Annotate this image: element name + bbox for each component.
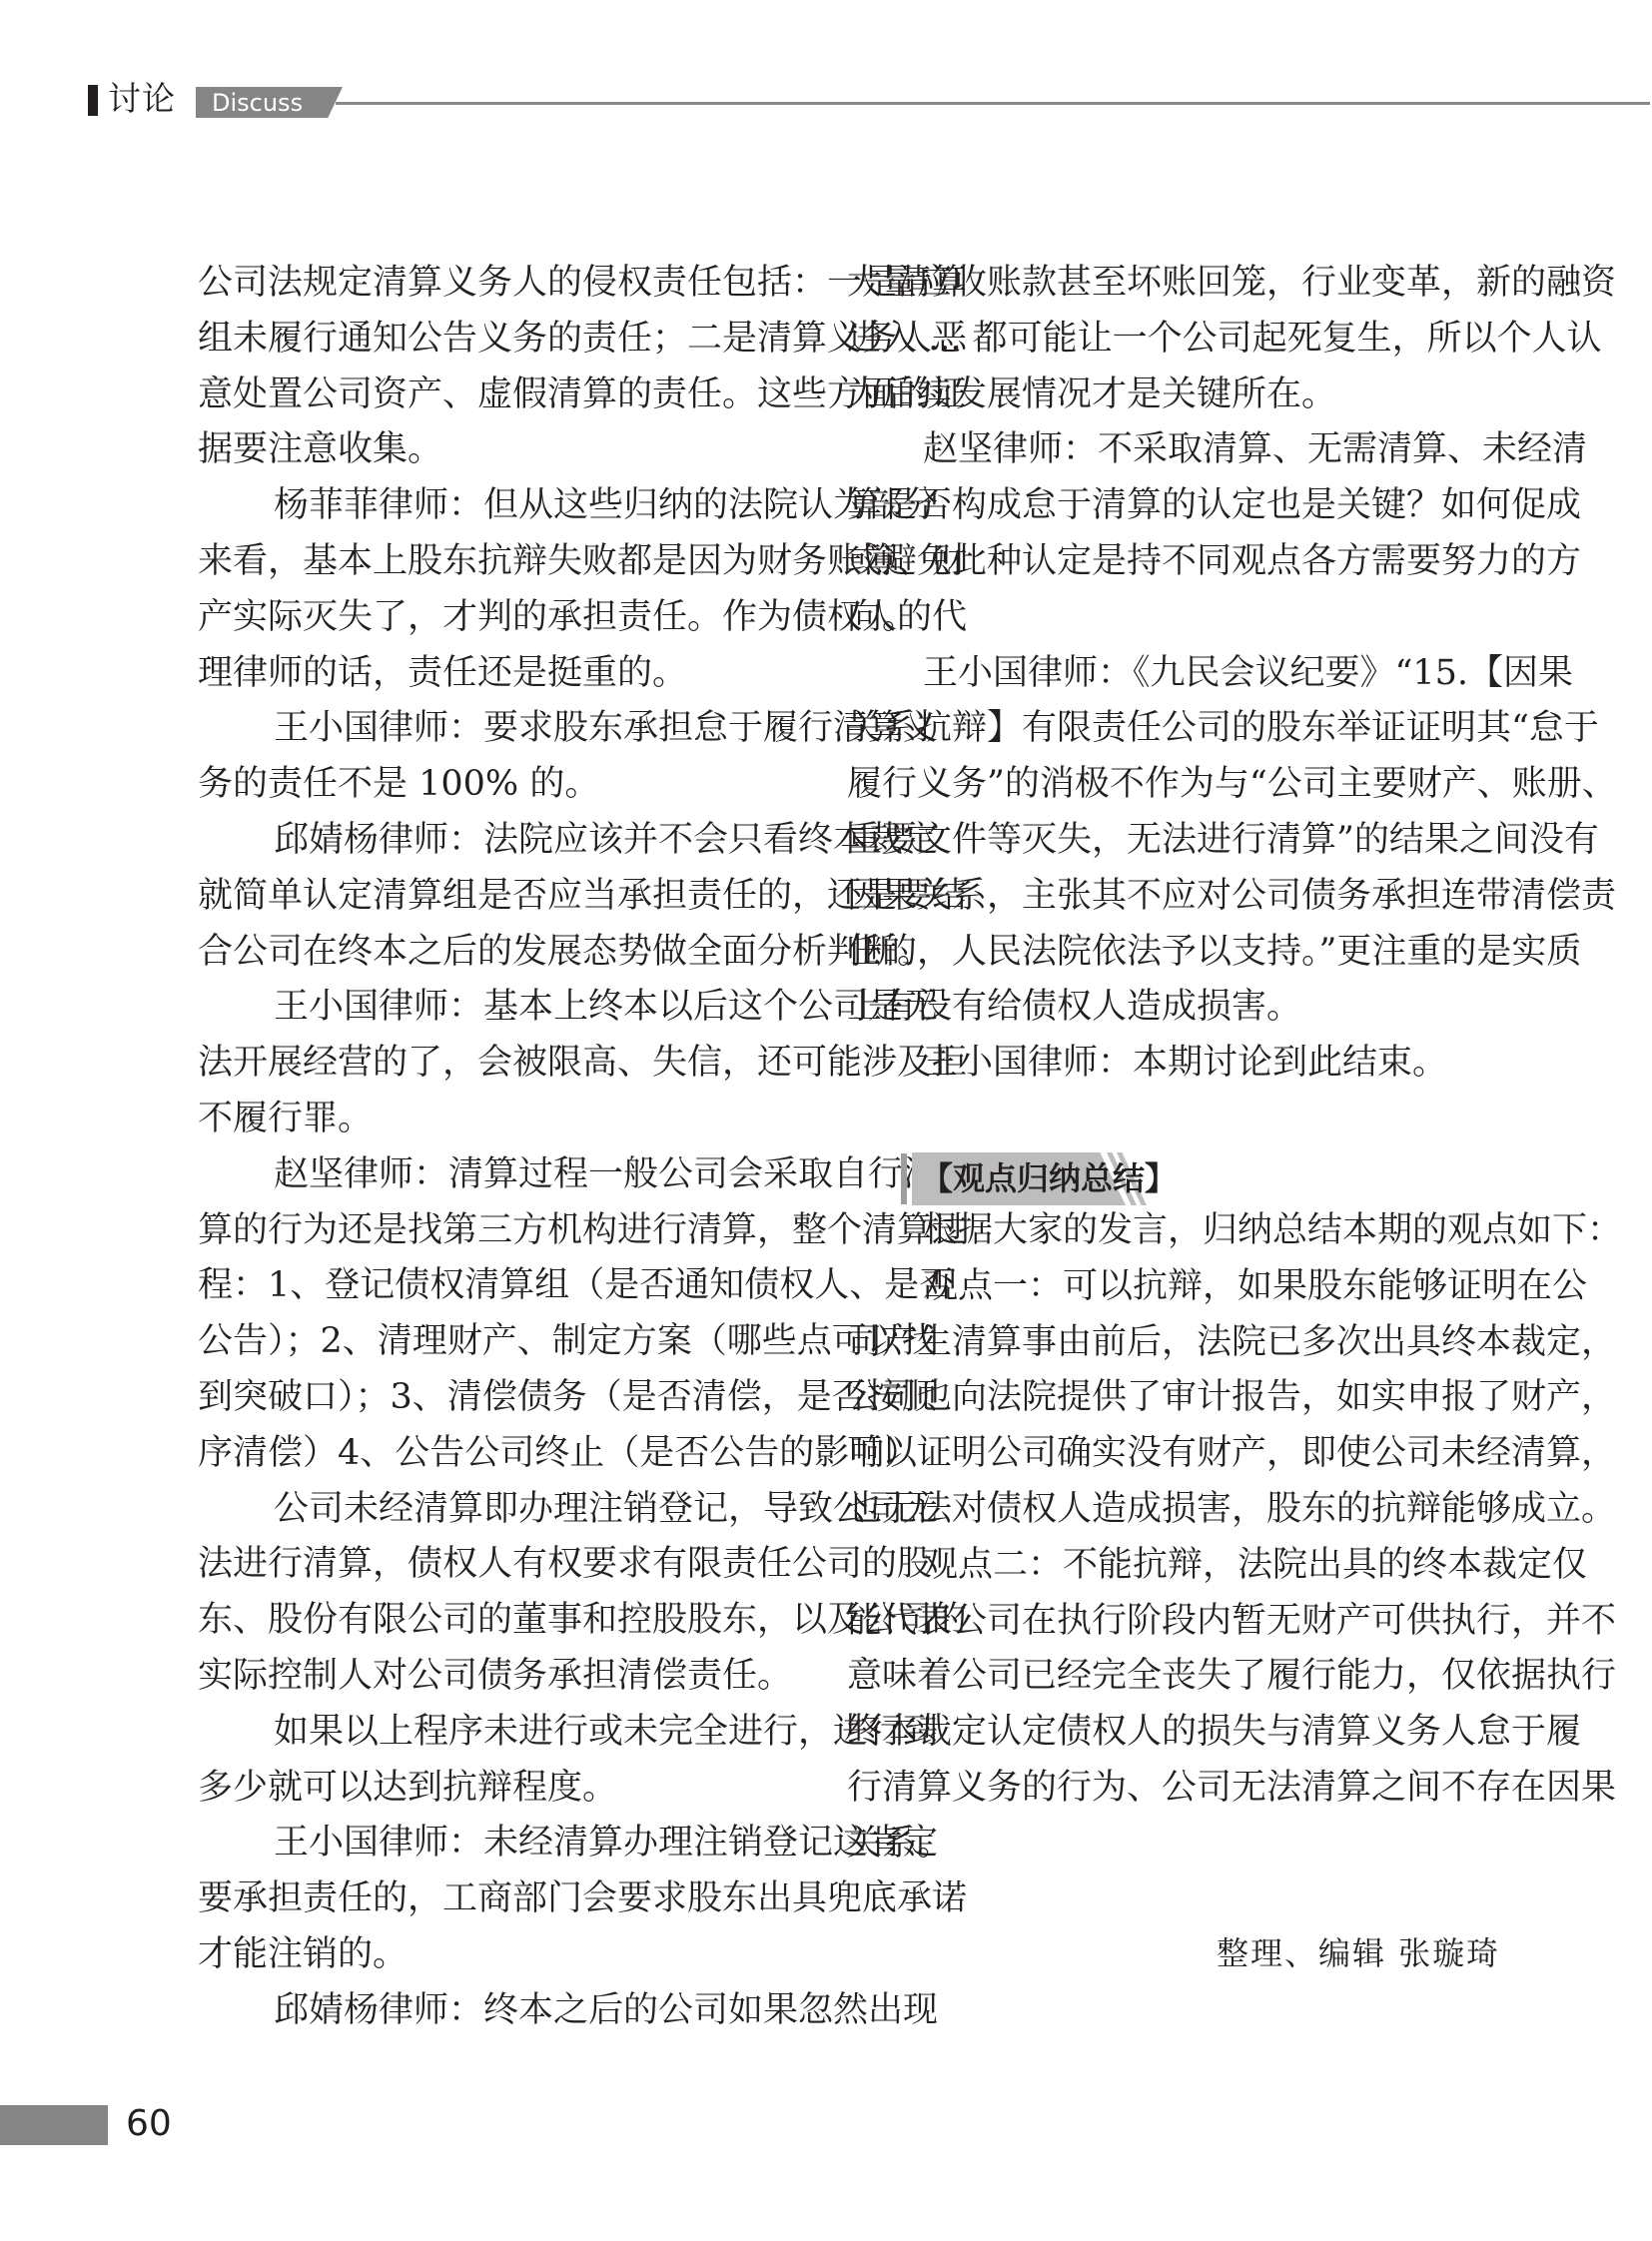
text-line: 意处置公司资产、虚假清算的责任。这些方面的证	[198, 367, 803, 422]
section-tag: Discuss	[196, 87, 343, 118]
text-line: 任的，人民法院依法予以支持。”更注重的是实质	[847, 924, 1452, 980]
text-line: 根据大家的发言，归纳总结本期的观点如下：	[847, 1202, 1452, 1258]
text-line: 杨菲菲律师：但从这些归纳的法院认为部分	[198, 477, 803, 533]
text-line: 行清算义务的行为、公司无法清算之间不存在因果	[847, 1760, 1452, 1816]
text-line: 能代表公司在执行阶段内暂无财产可供执行，并不	[847, 1593, 1452, 1649]
text-line: 大量应收账款甚至坏账回笼，行业变革，新的融资	[847, 255, 1452, 311]
text-line: 公司也向法院提供了审计报告，如实申报了财产，	[847, 1369, 1452, 1425]
text-line: 可以证明公司确实没有财产，即使公司未经清算，	[847, 1425, 1452, 1481]
editor-credit: 整理、编辑 张璇琦	[1217, 1931, 1456, 1975]
text-line: 才能注销的。	[198, 1926, 803, 1982]
text-line: 也无法对债权人造成损害，股东的抗辩能够成立。	[847, 1481, 1452, 1537]
text-line: 重要文件等灭失，无法进行清算”的结果之间没有	[847, 812, 1452, 868]
text-line: 履行义务”的消极不作为与“公司主要财产、账册、	[847, 756, 1452, 812]
text-line: 赵坚律师：清算过程一般公司会采取自行清	[198, 1146, 803, 1202]
text-line: 来看，基本上股东抗辩失败都是因为财务账簿、财	[198, 533, 803, 589]
text-line: 实际控制人对公司债务承担清偿责任。	[198, 1648, 803, 1704]
page-number-band	[0, 2105, 108, 2145]
text-line: 算的行为还是找第三方机构进行清算，整个清算过	[198, 1202, 803, 1258]
text-line: 为后续发展情况才是关键所在。	[847, 367, 1452, 422]
text-line: 赵坚律师：不采取清算、无需清算、未经清	[847, 421, 1452, 477]
text-line: 关系抗辩】有限责任公司的股东举证证明其“怠于	[847, 700, 1452, 756]
page-number: 60	[126, 2101, 172, 2147]
text-line: 王小国律师：基本上终本以后这个公司是无	[198, 979, 803, 1035]
text-line: 王小国律师：未经清算办理注销登记这肯定	[198, 1815, 803, 1870]
header-rule	[336, 102, 1650, 105]
text-line: 到突破口）；3、清偿债务（是否清偿，是否按顺	[198, 1369, 803, 1425]
text-line: 如果以上程序未进行或未完全进行，进行到	[198, 1704, 803, 1760]
text-line: 司产生清算事由前后，法院已多次出具终本裁定，	[847, 1314, 1452, 1370]
summary-section-heading: 【观点归纳总结】	[901, 1152, 1151, 1205]
text-line: 务的责任不是 100% 的。	[198, 756, 803, 812]
section-title-en: Discuss	[212, 88, 303, 118]
text-line: 要承担责任的，工商部门会要求股东出具兜底承诺	[198, 1870, 803, 1926]
text-line: 邱婧杨律师：终本之后的公司如果忽然出现	[198, 1982, 803, 2038]
text-line: 王小国律师：本期讨论到此结束。	[847, 1035, 1452, 1091]
header-accent-bar	[88, 85, 98, 116]
text-line: 意味着公司已经完全丧失了履行能力，仅依据执行	[847, 1648, 1452, 1704]
text-line: 观点一：可以抗辩，如果股东能够证明在公	[847, 1258, 1452, 1314]
text-line: 公司未经清算即办理注销登记，导致公司无	[198, 1481, 803, 1537]
text-line: 进入 ... 都可能让一个公司起死复生，所以个人认	[847, 311, 1452, 367]
text-line: 算是否构成怠于清算的认定也是关键？如何促成	[847, 477, 1452, 533]
text-line: 法开展经营的了，会被限高、失信，还可能涉及拒	[198, 1035, 803, 1091]
heading-text: 【观点归纳总结】	[921, 1158, 1177, 1198]
text-line: 不履行罪。	[198, 1091, 803, 1146]
text-line: 产实际灭失了，才判的承担责任。作为债权人的代	[198, 589, 803, 645]
text-line: 合公司在终本之后的发展态势做全面分析判断。	[198, 924, 803, 980]
text-line: 关系。	[847, 1816, 1452, 1871]
text-line: 法进行清算，债权人有权要求有限责任公司的股	[198, 1536, 803, 1592]
heading-accent-bar	[901, 1153, 907, 1204]
text-line: 邱婧杨律师：法院应该并不会只看终本裁定	[198, 812, 803, 868]
text-line: 王小国律师：要求股东承担怠于履行清算义	[198, 700, 803, 756]
text-line: 程：1、登记债权清算组（是否通知债权人、是否	[198, 1257, 803, 1313]
text-line: 就简单认定清算组是否应当承担责任的，还是要结	[198, 868, 803, 924]
text-line: 东、股份有限公司的董事和控股股东，以及公司的	[198, 1592, 803, 1648]
text-line: 组未履行通知公告义务的责任；二是清算义务人恶	[198, 311, 803, 367]
text-line: 多少就可以达到抗辩程度。	[198, 1760, 803, 1816]
text-line: 序清偿）4、公告公司终止（是否公告的影响）	[198, 1425, 803, 1481]
text-line: 观点二：不能抗辩，法院出具的终本裁定仅	[847, 1537, 1452, 1593]
text-line: 上有没有给债权人造成损害。	[847, 979, 1452, 1035]
section-title-cn: 讨论	[108, 78, 176, 120]
text-line: 终本裁定认定债权人的损失与清算义务人怠于履	[847, 1704, 1452, 1760]
text-line: 向。	[847, 589, 1452, 645]
text-line: 公司法规定清算义务人的侵权责任包括：一是清算	[198, 255, 803, 311]
text-line: 理律师的话，责任还是挺重的。	[198, 645, 803, 701]
text-line: 因果关系，主张其不应对公司债务承担连带清偿责	[847, 868, 1452, 924]
text-line: 据要注意收集。	[198, 421, 803, 477]
text-line: 或避免此种认定是持不同观点各方需要努力的方	[847, 533, 1452, 589]
text-line: 王小国律师：《九民会议纪要》“15.【因果	[847, 645, 1452, 701]
text-line: 公告）；2、清理财产、制定方案（哪些点可以找	[198, 1313, 803, 1369]
